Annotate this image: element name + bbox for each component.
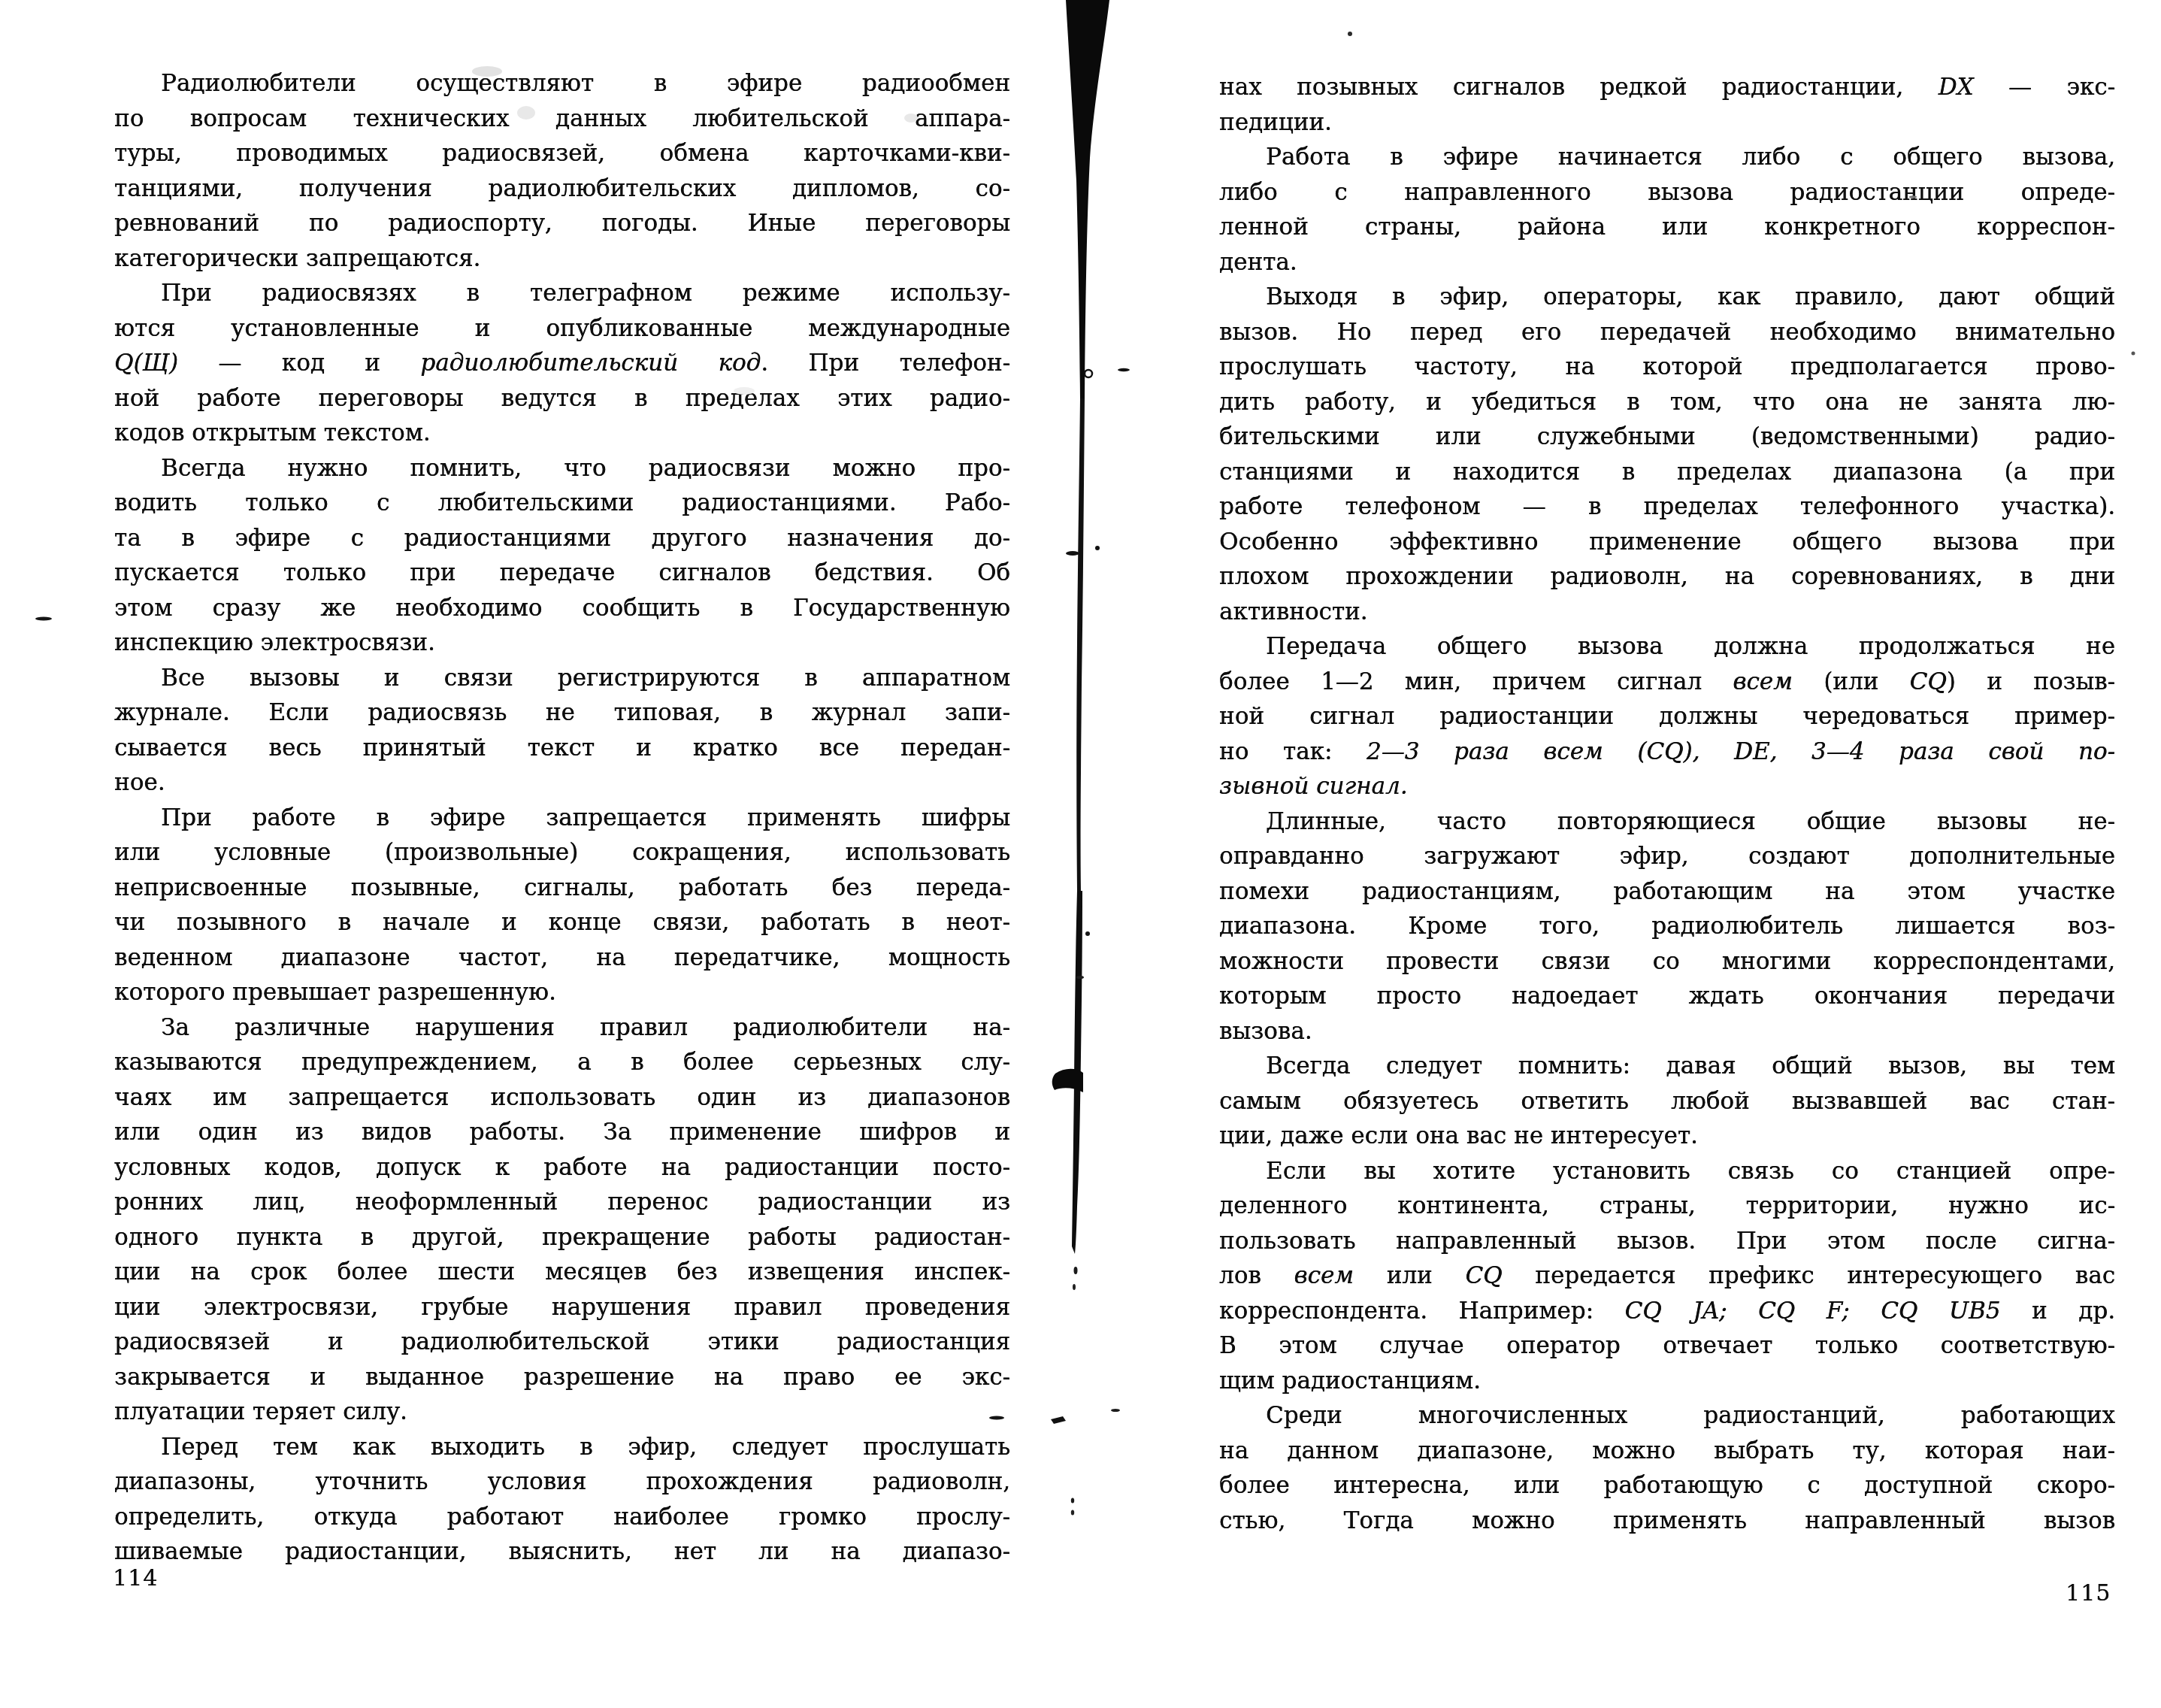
text-line: радиосвязей и радиолюбительской этики ра… xyxy=(114,1325,1010,1360)
text-line: по вопросам технических данных любительс… xyxy=(114,101,1010,137)
text-line: нах позывных сигналов редкой радиостанци… xyxy=(1219,70,2115,105)
text-line: Q(Щ) — код и радиолюбительский код. При … xyxy=(114,346,1010,381)
text-line: деленного континента, страны, территории… xyxy=(1219,1189,2115,1224)
text-line: За различные нарушения правил радиолюбит… xyxy=(114,1010,1010,1046)
text-line: работе телефоном — в пределах телефонног… xyxy=(1219,489,2115,525)
text-line: журнале. Если радиосвязь не типовая, в ж… xyxy=(114,695,1010,731)
text-line: дить работу, и убедиться в том, что она … xyxy=(1219,385,2115,420)
text-line: ленной страны, района или конкретного ко… xyxy=(1219,210,2115,245)
text-line: самым обязуетесь ответить любой вызвавше… xyxy=(1219,1084,2115,1119)
binding-gutter-middle xyxy=(1076,398,1085,891)
text-line: или один из видов работы. За применение … xyxy=(114,1115,1010,1150)
scan-speck xyxy=(1066,551,1079,556)
gutter-dot xyxy=(1071,1498,1074,1504)
text-line: пользовать направленный вызов. При этом … xyxy=(1219,1224,2115,1259)
text-line: ются установленные и опубликованные межд… xyxy=(114,311,1010,347)
text-line: инспекцию электросвязи. xyxy=(114,625,1010,661)
text-line: танциями, получения радиолюбительских ди… xyxy=(114,171,1010,207)
scan-speck xyxy=(1051,1416,1066,1424)
text-line: педиции. xyxy=(1219,105,2115,141)
text-line: Перед тем как выходить в эфир, следует п… xyxy=(114,1430,1010,1465)
scan-speck xyxy=(1095,546,1100,550)
text-line: дента. xyxy=(1219,245,2115,280)
text-line: более 1—2 мин, причем сигнал всем (или C… xyxy=(1219,665,2115,700)
text-line: При работе в эфире запрещается применять… xyxy=(114,801,1010,836)
text-line: казываются предупреждением, а в более се… xyxy=(114,1045,1010,1080)
text-line: закрывается и выданное разрешение на пра… xyxy=(114,1360,1010,1395)
binding-gutter-bottom xyxy=(1072,891,1082,1254)
scan-speck xyxy=(1348,32,1352,36)
text-line: ции на срок более шести месяцев без изве… xyxy=(114,1255,1010,1290)
scan-speck xyxy=(2132,352,2135,356)
text-line: прослушать частоту, на которой предполаг… xyxy=(1219,350,2115,385)
text-line: на данном диапазоне, можно выбрать ту, к… xyxy=(1219,1434,2115,1469)
text-line: Всегда нужно помнить, что радиосвязи мож… xyxy=(114,451,1010,486)
text-line: неприсвоенные позывные, сигналы, работат… xyxy=(114,871,1010,906)
text-line: кодов открытым текстом. xyxy=(114,416,1010,451)
text-line: Среди многочисленных радиостанций, работ… xyxy=(1219,1398,2115,1434)
text-line: ревнований по радиоспорту, погоды. Иные … xyxy=(114,206,1010,241)
text-line: либо с направленного вызова радиостанции… xyxy=(1219,175,2115,210)
text-line: веденном диапазоне частот, на передатчик… xyxy=(114,940,1010,976)
text-line: определить, откуда работают наиболее гро… xyxy=(114,1500,1010,1535)
text-line: ное. xyxy=(114,765,1010,801)
text-line: категорически запрещаются. xyxy=(114,241,1010,277)
left-page-text-column: Радиолюбители осуществляют в эфире радио… xyxy=(114,66,1010,1570)
text-line: та в эфире с радиостанциями другого назн… xyxy=(114,521,1010,556)
text-line: чаях им запрещается использовать один из… xyxy=(114,1080,1010,1116)
scan-speck xyxy=(1111,1409,1120,1412)
text-line: Если вы хотите установить связь со станц… xyxy=(1219,1154,2115,1189)
right-page-text-column: нах позывных сигналов редкой радиостанци… xyxy=(1219,70,2115,1538)
text-line: шиваемые радиостанции, выяснить, нет ли … xyxy=(114,1534,1010,1570)
text-line: или условные (произвольные) сокращения, … xyxy=(114,835,1010,871)
scanned-book-spread: Радиолюбители осуществляют в эфире радио… xyxy=(0,0,2161,1708)
text-line: Работа в эфире начинается либо с общего … xyxy=(1219,140,2115,175)
text-line: плохом прохождении радиоволн, на соревно… xyxy=(1219,559,2115,595)
text-line: более интересна, или работающую с доступ… xyxy=(1219,1468,2115,1504)
text-line: одного пункта в другой, прекращение рабо… xyxy=(114,1220,1010,1255)
gutter-dot xyxy=(1073,1284,1076,1290)
text-line: можности провести связи со многими корре… xyxy=(1219,944,2115,980)
scan-speck xyxy=(35,617,52,621)
text-line: диапазона. Кроме того, радиолюбитель лиш… xyxy=(1219,909,2115,944)
text-line: ции, даже если она вас не интересует. xyxy=(1219,1119,2115,1154)
scan-speck xyxy=(1118,368,1130,371)
text-line: вызова. xyxy=(1219,1014,2115,1049)
text-line: корреспондента. Например: CQ JA; CQ F; C… xyxy=(1219,1294,2115,1329)
scan-speck xyxy=(1085,370,1092,377)
text-line: ронних лиц, неоформленный перенос радиос… xyxy=(114,1185,1010,1220)
text-line: но так: 2—3 раза всем (CQ), DE, 3—4 раза… xyxy=(1219,734,2115,770)
text-line: В этом случае оператор отвечает только с… xyxy=(1219,1328,2115,1364)
text-line: бительскими или служебными (ведомственны… xyxy=(1219,419,2115,455)
text-line: чи позывного в начале и конце связи, раб… xyxy=(114,905,1010,940)
text-line: диапазоны, уточнить условия прохождения … xyxy=(114,1464,1010,1500)
page-number-right: 115 xyxy=(2066,1580,2111,1607)
text-line: условных кодов, допуск к работе на радио… xyxy=(114,1150,1010,1186)
text-line: щим радиостанциям. xyxy=(1219,1364,2115,1399)
text-line: помехи радиостанциям, работающим на этом… xyxy=(1219,874,2115,910)
text-line: пускается только при передаче сигналов б… xyxy=(114,556,1010,591)
text-line: Все вызовы и связи регистрируются в аппа… xyxy=(114,661,1010,696)
text-line: стью, Тогда можно применять направленный… xyxy=(1219,1504,2115,1539)
text-line: вызов. Но перед его передачей необходимо… xyxy=(1219,315,2115,350)
text-line: лов всем или CQ передается префикс интер… xyxy=(1219,1258,2115,1294)
gutter-dot xyxy=(1074,1267,1078,1274)
binding-gutter-hook xyxy=(1052,1069,1083,1092)
text-line: оправданно загружают эфир, создают допол… xyxy=(1219,839,2115,874)
binding-gutter-top xyxy=(1066,0,1109,398)
text-line: ции электросвязи, грубые нарушения прави… xyxy=(114,1290,1010,1325)
text-line: Всегда следует помнить: давая общий вызо… xyxy=(1219,1049,2115,1084)
text-line: водить только с любительскими радиостанц… xyxy=(114,486,1010,521)
text-line: Особенно эффективно применение общего вы… xyxy=(1219,525,2115,560)
scan-speck xyxy=(1076,976,1084,979)
text-line: которым просто надоедает ждать окончания… xyxy=(1219,979,2115,1014)
text-line: зывной сигнал. xyxy=(1219,769,2115,804)
text-line: Выходя в эфир, операторы, как правило, д… xyxy=(1219,280,2115,315)
text-line: Передача общего вызова должна продолжать… xyxy=(1219,629,2115,665)
text-line: Радиолюбители осуществляют в эфире радио… xyxy=(114,66,1010,101)
text-line: плуатации теряет силу. xyxy=(114,1395,1010,1430)
text-line: станциями и находится в пределах диапазо… xyxy=(1219,455,2115,490)
text-line: Длинные, часто повторяющиеся общие вызов… xyxy=(1219,804,2115,840)
text-line: которого превышает разрешенную. xyxy=(114,975,1010,1010)
gutter-dot xyxy=(1071,1510,1074,1516)
text-line: этом сразу же необходимо сообщить в Госу… xyxy=(114,591,1010,626)
text-line: При радиосвязях в телеграфном режиме исп… xyxy=(114,276,1010,311)
text-line: ной сигнал радиостанции должны чередоват… xyxy=(1219,699,2115,734)
text-line: ной работе переговоры ведутся в пределах… xyxy=(114,381,1010,416)
text-line: активности. xyxy=(1219,595,2115,630)
text-line: туры, проводимых радиосвязей, обмена кар… xyxy=(114,136,1010,171)
scan-speck xyxy=(1085,931,1090,936)
text-line: сывается весь принятый текст и кратко вс… xyxy=(114,731,1010,766)
page-number-left: 114 xyxy=(113,1565,158,1591)
